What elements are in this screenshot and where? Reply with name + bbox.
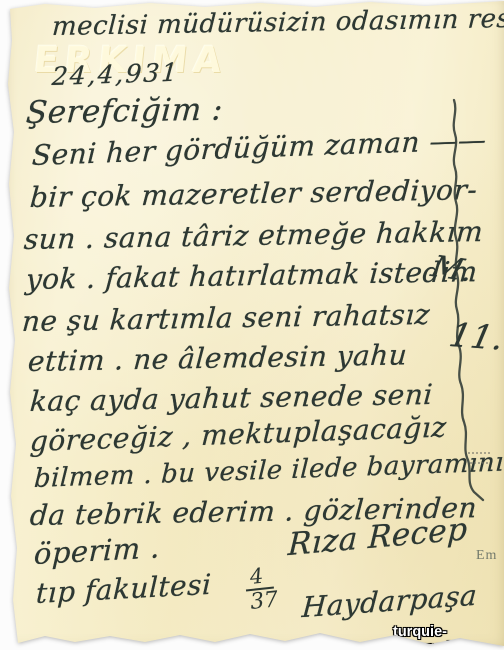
handwriting-line: göreceğiz , mektuplaşacağız — [29, 413, 447, 456]
footer-city: Haydarpaşa — [301, 582, 478, 622]
caption-part1: meclisi müdü — [51, 9, 234, 42]
date-line: 24,4,931 — [51, 60, 180, 90]
caption-part2: rüsizin odasımın resmidir — [233, 3, 504, 39]
handwriting-line: Seni her gördüğüm zaman —— — [31, 126, 487, 170]
footer-place: tıp fakultesi — [36, 571, 212, 608]
margin-note-m: M. — [428, 252, 477, 287]
handwriting-line: sun . sana târiz etmeğe hakkım — [23, 218, 484, 254]
handwriting-line: ne şu kartımla seni rahatsız — [21, 301, 431, 336]
handwriting-line: bir çok mazeretler serdediyor- — [29, 176, 478, 212]
margin-note-11: 11. — [447, 318, 504, 354]
fraction-denominator: 37 — [249, 588, 279, 614]
caption-line: meclisi müdürüsizin odasımın resmidir — [51, 5, 504, 40]
printed-stamp-fragment: Em — [476, 548, 497, 564]
postcard-paper: ERKIMA meclisi müdürüsizin odasımın resm… — [0, 0, 504, 650]
handwriting-line: yok . fakat hatırlatmak istedim — [25, 258, 479, 294]
handwriting-line: öperim . — [33, 533, 160, 569]
paper-wrap: ERKIMA meclisi müdürüsizin odasımın resm… — [0, 0, 504, 650]
handwriting-line: bilmem . bu vesile ilede bayramını — [33, 450, 504, 492]
footer-fraction: 4 37 — [244, 565, 277, 615]
pencil-dash — [468, 452, 490, 454]
handwriting-line: kaç ayda yahut senede seni — [29, 381, 434, 416]
salutation: Şerefciğim : — [25, 95, 224, 129]
pencil-dash — [470, 462, 488, 464]
site-watermark: turquie-culture.fr — [393, 624, 504, 650]
handwriting-line: ettim . ne âlemdesin yahu — [27, 341, 408, 376]
line4-light: yok . fakat hatır — [25, 259, 261, 296]
margin-bracket-squiggle — [438, 98, 488, 518]
scanned-postcard-photo: ERKIMA meclisi müdürüsizin odasımın resm… — [0, 0, 504, 650]
